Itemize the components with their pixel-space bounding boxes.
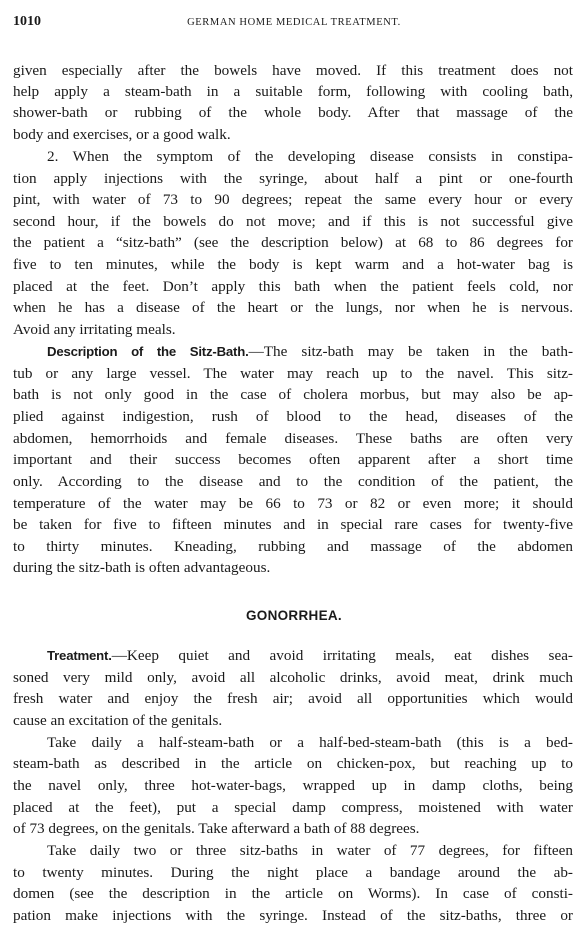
text-line: bath is not only good in the case of cho…: [13, 384, 573, 405]
book-page: 1010 GERMAN HOME MEDICAL TREATMENT. give…: [0, 0, 588, 931]
section-heading: GONORRHEA.: [0, 608, 588, 623]
text-run: —Keep quiet and avoid irritating meals, …: [112, 647, 573, 664]
text-line: Treatment.—Keep quiet and avoid irritati…: [47, 645, 573, 666]
text-line: Description of the Sitz-Bath.—The sitz-b…: [47, 341, 573, 362]
text-line: five to ten minutes, while the body is k…: [13, 254, 573, 275]
text-line: tion apply injections with the syringe, …: [13, 168, 573, 189]
text-line: of 73 degrees, on the genitals. Take aft…: [13, 818, 573, 839]
text-line: plied against indigestion, rush of blood…: [13, 406, 573, 427]
text-line: Take daily a half-steam-bath or a half-b…: [47, 732, 573, 753]
running-head: 1010 GERMAN HOME MEDICAL TREATMENT.: [13, 14, 575, 34]
text-line: body and exercises, or a good walk.: [13, 124, 573, 145]
text-line: be taken for five to fifteen minutes and…: [13, 514, 573, 535]
text-line: second hour, if the bowels do not move; …: [13, 211, 573, 232]
text-line: help apply a steam-bath in a suitable fo…: [13, 81, 573, 102]
text-line: Take daily two or three sitz-baths in wa…: [47, 840, 573, 861]
text-line: only. According to the disease and to th…: [13, 471, 573, 492]
text-line: to thirty minutes. Kneading, rubbing and…: [13, 536, 573, 557]
text-line: temperature of the water may be 66 to 73…: [13, 493, 573, 514]
text-line: soned very mild only, avoid all alcoholi…: [13, 667, 573, 688]
text-line: placed at the feet. Don’t apply this bat…: [13, 276, 573, 297]
text-line: fresh water and enjoy the fresh air; avo…: [13, 688, 573, 709]
text-line: abdomen, hemorrhoids and female diseases…: [13, 428, 573, 449]
run-in-heading: Description of the Sitz-Bath.: [47, 344, 249, 359]
text-line: tub or any large vessel. The water may r…: [13, 363, 573, 384]
text-run: —The sitz-bath may be taken in the bath-: [249, 343, 573, 360]
text-line: when he has a disease of the heart or th…: [13, 297, 573, 318]
run-in-heading: Treatment.: [47, 648, 112, 663]
text-line: important and their success becomes ofte…: [13, 449, 573, 470]
text-line: steam-bath as described in the article o…: [13, 753, 573, 774]
text-line: shower-bath or rubbing of the whole body…: [13, 102, 573, 123]
text-line: Avoid any irritating meals.: [13, 319, 573, 340]
text-line: cause an excitation of the genitals.: [13, 710, 573, 731]
text-line: the patient a “sitz-bath” (see the descr…: [13, 232, 573, 253]
text-line: pation make injections with the syringe.…: [13, 905, 573, 926]
text-line: given especially after the bowels have m…: [13, 60, 573, 81]
text-line: domen (see the description in the articl…: [13, 883, 573, 904]
text-line: during the sitz-bath is often advantageo…: [13, 557, 573, 578]
text-line: to twenty minutes. During the night plac…: [13, 862, 573, 883]
running-title: GERMAN HOME MEDICAL TREATMENT.: [13, 17, 575, 28]
text-line: 2. When the symptom of the developing di…: [47, 146, 573, 167]
text-line: pint, with water of 73 to 90 degrees; re…: [13, 189, 573, 210]
text-line: placed at the feet), put a special damp …: [13, 797, 573, 818]
text-line: the navel only, three hot-water-bags, wr…: [13, 775, 573, 796]
